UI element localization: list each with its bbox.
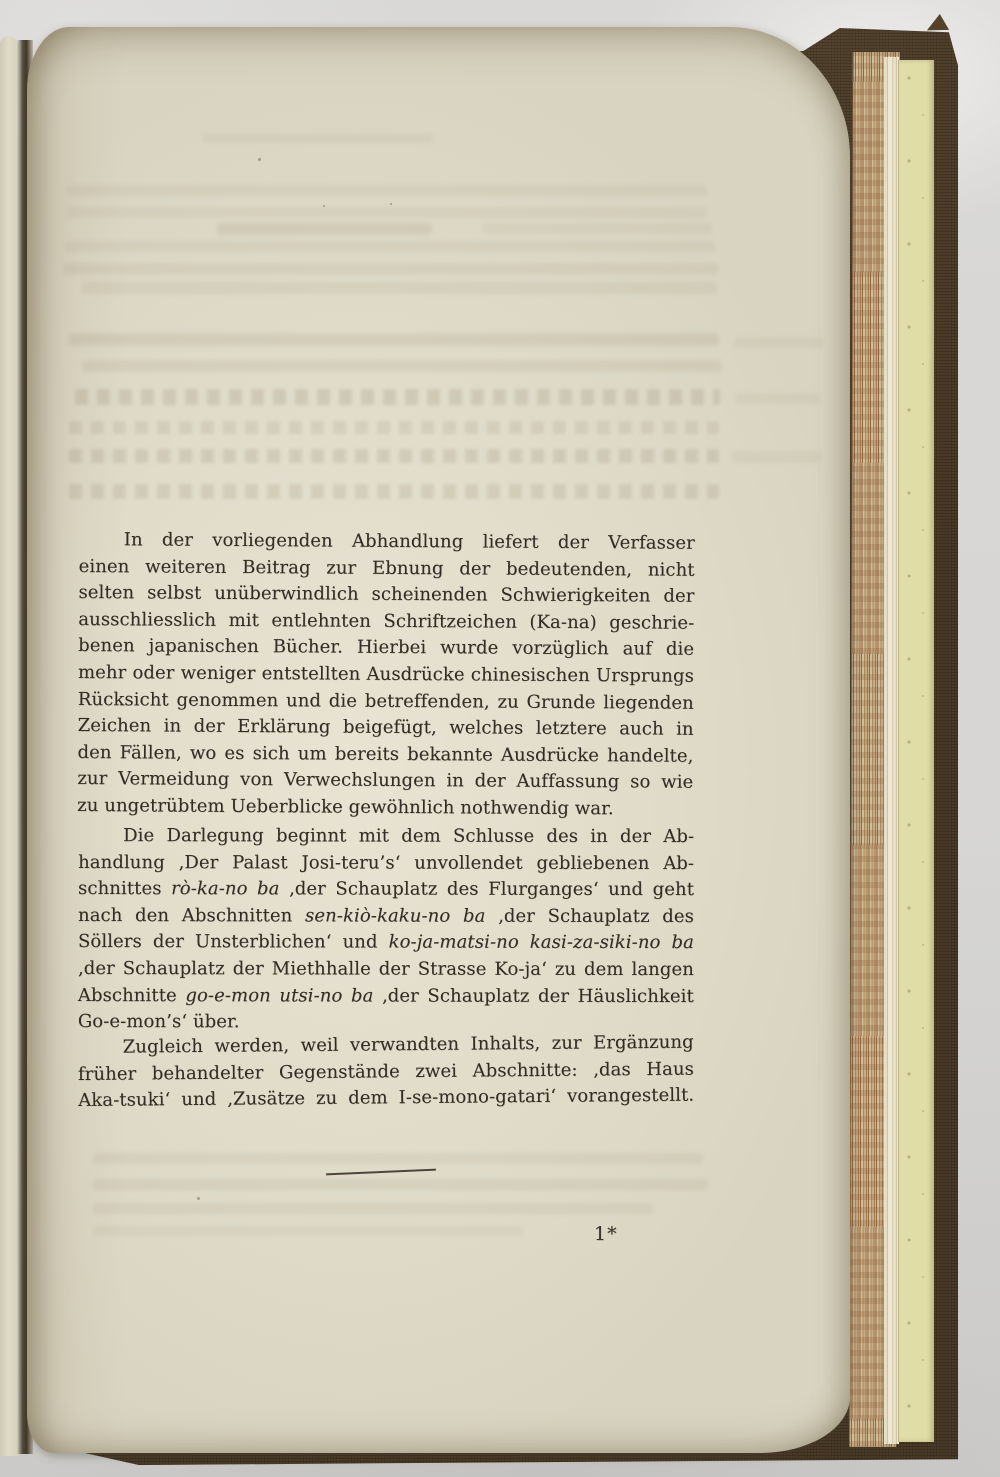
text-line: Aka-tsuki‘ und ‚Zusätze zu dem I-se-mono…: [78, 1083, 694, 1115]
bleedthrough-line: [217, 223, 432, 235]
book-photograph: In der vorliegenden Abhandlung liefert d…: [0, 0, 1000, 1477]
bleedthrough-line: [731, 451, 821, 463]
bleedthrough-line: [93, 1203, 653, 1214]
foxing-spot: [258, 158, 261, 161]
bleedthrough-line: [82, 360, 722, 372]
text-line: Die Darlegung beginnt mit dem Schlusse d…: [78, 823, 694, 851]
light-page-edges: [884, 57, 899, 1444]
text-line: nach den Abschnitten sen-kiò-kaku-no ba …: [78, 902, 694, 930]
paragraph: Zugleich werden, weil verwandten Inhalts…: [78, 1030, 695, 1115]
bleedthrough-line: [733, 337, 823, 348]
bleedthrough-line: [69, 421, 719, 434]
paragraph: Die Darlegung beginnt mit dem Schlusse d…: [78, 823, 694, 1037]
page-signature-mark: 1*: [594, 1223, 618, 1245]
text-line: mehr oder weniger entstellten Ausdrücke …: [78, 660, 694, 690]
text-line: ‚der Schauplatz der Miethhalle der Stras…: [78, 956, 694, 984]
text-line: zu ungetrübtem Ueberblicke gewöhnlich no…: [77, 793, 693, 823]
text-line: Abschnitte go-e-mon utsi-no ba ‚der Scha…: [78, 982, 694, 1010]
paragraph: In der vorliegenden Abhandlung liefert d…: [77, 527, 695, 823]
bleedthrough-line: [482, 223, 712, 234]
bleedthrough-line: [67, 185, 707, 196]
text-line: benen japanischen Bücher. Hierbei wurde …: [78, 633, 694, 663]
foxing-spot: [323, 205, 325, 207]
bleedthrough-line: [82, 282, 717, 294]
text-line: den Fällen, wo es sich um bereits bekann…: [77, 740, 693, 770]
foxing-spot: [197, 1197, 200, 1200]
bleedthrough-line: [203, 133, 433, 143]
text-line: Rücksicht genommen und die betreffenden,…: [78, 687, 694, 717]
bleedthrough-line: [67, 207, 707, 218]
text-line: einen weiteren Beitrag zur Ebnung der be…: [79, 554, 695, 584]
text-line: handlung ‚Der Palast Josi-teru’s‘ unvoll…: [78, 849, 694, 877]
text-line: Söllers der Unsterblichen‘ und ko-ja-mat…: [78, 929, 694, 957]
endpaper-edge: [898, 60, 934, 1442]
foxing-spot: [390, 203, 392, 205]
text-line: ausschliesslich mit entlehnten Schriftze…: [78, 607, 694, 637]
cover-corner-flap: [927, 13, 951, 34]
bleedthrough-line: [93, 1179, 708, 1190]
text-line: In der vorliegenden Abhandlung liefert d…: [79, 527, 695, 557]
text-line: selten selbst unüberwindlich scheinenden…: [78, 580, 694, 610]
bleedthrough-line: [65, 241, 715, 252]
bleedthrough-line: [69, 449, 719, 463]
separator-rule: [326, 1169, 436, 1176]
bleedthrough-line: [69, 333, 719, 346]
text-block: In der vorliegenden Abhandlung liefert d…: [78, 527, 694, 1115]
bleedthrough-line: [63, 263, 718, 275]
text-line: Zeichen in der Erklärung beigefügt, welc…: [78, 713, 694, 743]
bleedthrough-line: [735, 393, 820, 404]
text-line: zur Vermeidung von Verwechslungen in der…: [77, 766, 693, 796]
bleedthrough-line: [75, 389, 720, 405]
bleedthrough-line: [93, 1153, 703, 1164]
book-page: In der vorliegenden Abhandlung liefert d…: [27, 27, 850, 1453]
bleedthrough-line: [93, 1226, 523, 1236]
text-line: schnittes rò-ka-no ba ‚der Schauplatz de…: [78, 876, 694, 904]
bleedthrough-line: [69, 484, 719, 499]
